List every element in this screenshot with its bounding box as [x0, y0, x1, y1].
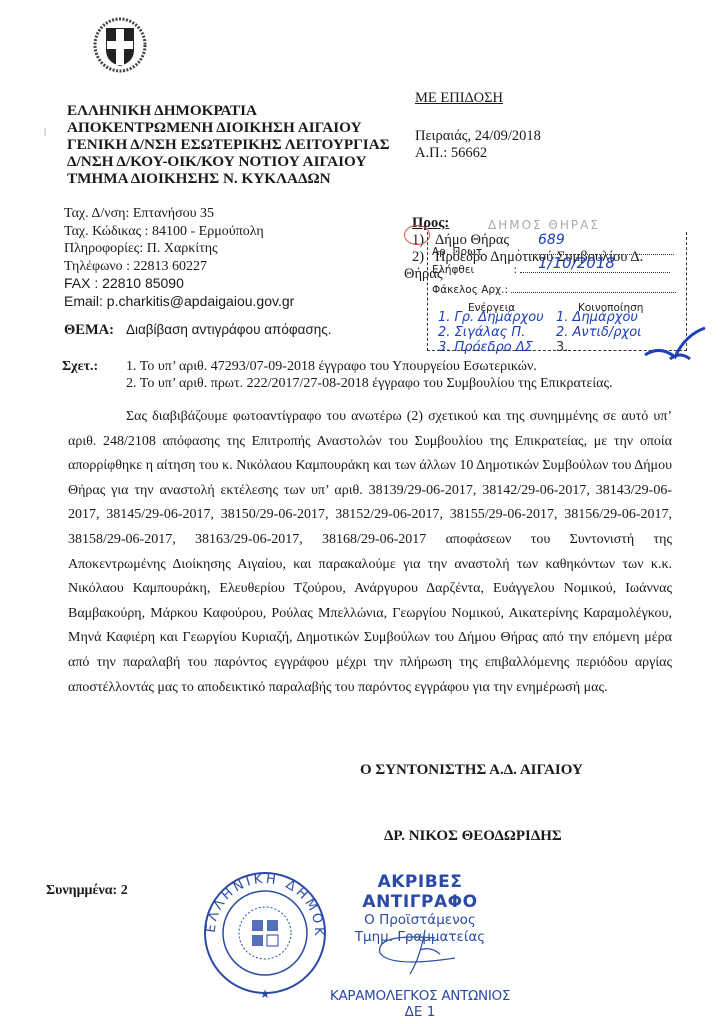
org-line: Δ/ΝΣΗ Δ/ΚΟΥ-ΟΙΚ/ΚΟΥ ΝΟΤΙΟΥ ΑΙΓΑΙΟΥ — [67, 153, 390, 170]
certified-copy-heading: ΑΚΡΙΒΕΣ ΑΝΤΙΓΡΑΦΟ — [320, 872, 520, 912]
stamp-action-2: 2. Σιγάλας Π. — [438, 325, 525, 340]
subject-line: ΘΕΜΑ:Διαβίβαση αντιγράφου απόφασης. — [64, 322, 331, 339]
stamp-received-value: 1/10/2018 — [538, 254, 615, 272]
contact-email[interactable]: Email: p.charkitis@apdaigaiou.gov.gr — [64, 293, 294, 311]
stamp-action-1: 1. Γρ. Δημάρχου — [438, 310, 544, 325]
signatory-title: Ο ΣΥΝΤΟΝΙΣΤΗΣ Α.Δ. ΑΙΓΑΙΟΥ — [360, 762, 583, 779]
org-line: ΤΜΗΜΑ ΔΙΟΙΚΗΣΗΣ Ν. ΚΥΚΛΑΔΩΝ — [67, 170, 390, 187]
contact-block: Ταχ. Δ/νση: Επτανήσου 35 Ταχ. Κώδικας : … — [64, 205, 294, 311]
stamp-notify-1: 1. Δημάρχου — [556, 310, 638, 325]
contact-address: Ταχ. Δ/νση: Επτανήσου 35 — [64, 205, 294, 223]
org-line: ΓΕΝΙΚΗ Δ/ΝΣΗ ΕΣΩΤΕΡΙΚΗΣ ΛΕΙΤΟΥΡΓΙΑΣ — [67, 136, 390, 153]
organization-header: ΕΛΛΗΝΙΚΗ ΔΗΜΟΚΡΑΤΙΑ ΑΠΟΚΕΝΤΡΩΜΕΝΗ ΔΙΟΙΚΗ… — [67, 102, 390, 187]
signatory-name: ΔΡ. ΝΙΚΟΣ ΘΕΟΔΩΡΙΔΗΣ — [384, 828, 562, 845]
official-seal-icon: ★ ΕΛΛΗΝΙΚΗ ΔΗΜΟΚΡΑΤΙΑ — [200, 868, 330, 1008]
contact-fax: FAX : 22810 85090 — [64, 275, 294, 293]
stamp-folder-row: Φάκελος Αρχ.: — [432, 284, 676, 296]
attachments-count: Συνημμένα: 2 — [46, 883, 128, 899]
delivery-note: ΜΕ ΕΠΙΔΟΣΗ — [415, 90, 503, 107]
stamp-notify-3: 3. — [556, 340, 568, 355]
subject-text: Διαβίβαση αντιγράφου απόφασης. — [126, 322, 332, 337]
stamp-action-3: 3. Πρόεδρο ΔΣ — [438, 340, 533, 355]
stamp-protocol-value: 689 — [538, 232, 565, 248]
certified-copy-role: Ο Προϊστάμενος — [320, 912, 520, 929]
contact-phone: Τηλέφωνο : 22813 60227 — [64, 258, 294, 276]
letter-body: Σας διαβιβάζουμε φωτοαντίγραφο του ανωτέ… — [68, 405, 672, 700]
place-date-block: Πειραιάς, 24/09/2018 Α.Π.: 56662 — [415, 128, 541, 162]
related-label: Σχετ.: — [62, 358, 98, 375]
certified-copy-grade: ΔΕ 1 — [320, 1004, 520, 1020]
place-date: Πειραιάς, 24/09/2018 — [415, 128, 541, 145]
svg-text:★: ★ — [260, 987, 271, 1001]
org-line: ΕΛΛΗΝΙΚΗ ΔΗΜΟΚΡΑΤΙΑ — [67, 102, 390, 119]
contact-info: Πληροφορίες: Π. Χαρκίτης — [64, 240, 294, 258]
org-line: ΑΠΟΚΕΝΤΡΩΜΕΝΗ ΔΙΟΙΚΗΣΗ ΑΙΓΑΙΟΥ — [67, 119, 390, 136]
greek-coat-of-arms-icon — [92, 16, 148, 74]
contact-postal: Ταχ. Κώδικας : 84100 - Ερμούπολη — [64, 223, 294, 241]
protocol-number: Α.Π.: 56662 — [415, 145, 541, 162]
subject-label: ΘΕΜΑ: — [64, 322, 114, 338]
certified-copy-name: ΚΑΡΑΜΟΛΕΓΚΟΣ ΑΝΤΩΝΙΟΣ — [320, 988, 520, 1004]
stamp-notify-2: 2. Αντιδ/ρχοι — [556, 325, 642, 340]
related-item: 2. Το υπ’ αριθ. πρωτ. 222/2017/27-08-201… — [126, 375, 724, 392]
scan-mark — [44, 128, 46, 136]
related-item: 1. Το υπ’ αριθ. 47293/07-09-2018 έγγραφο… — [126, 358, 724, 375]
handwritten-signature-icon — [365, 928, 475, 976]
stamp-title: ΔΗΜΟΣ ΘΗΡΑΣ — [488, 218, 600, 232]
certified-copy-stamp: ΑΚΡΙΒΕΣ ΑΝΤΙΓΡΑΦΟ Ο Προϊστάμενος Τμημ. Γ… — [320, 872, 520, 1020]
body-paragraph: Σας διαβιβάζουμε φωτοαντίγραφο του ανωτέ… — [68, 405, 672, 700]
